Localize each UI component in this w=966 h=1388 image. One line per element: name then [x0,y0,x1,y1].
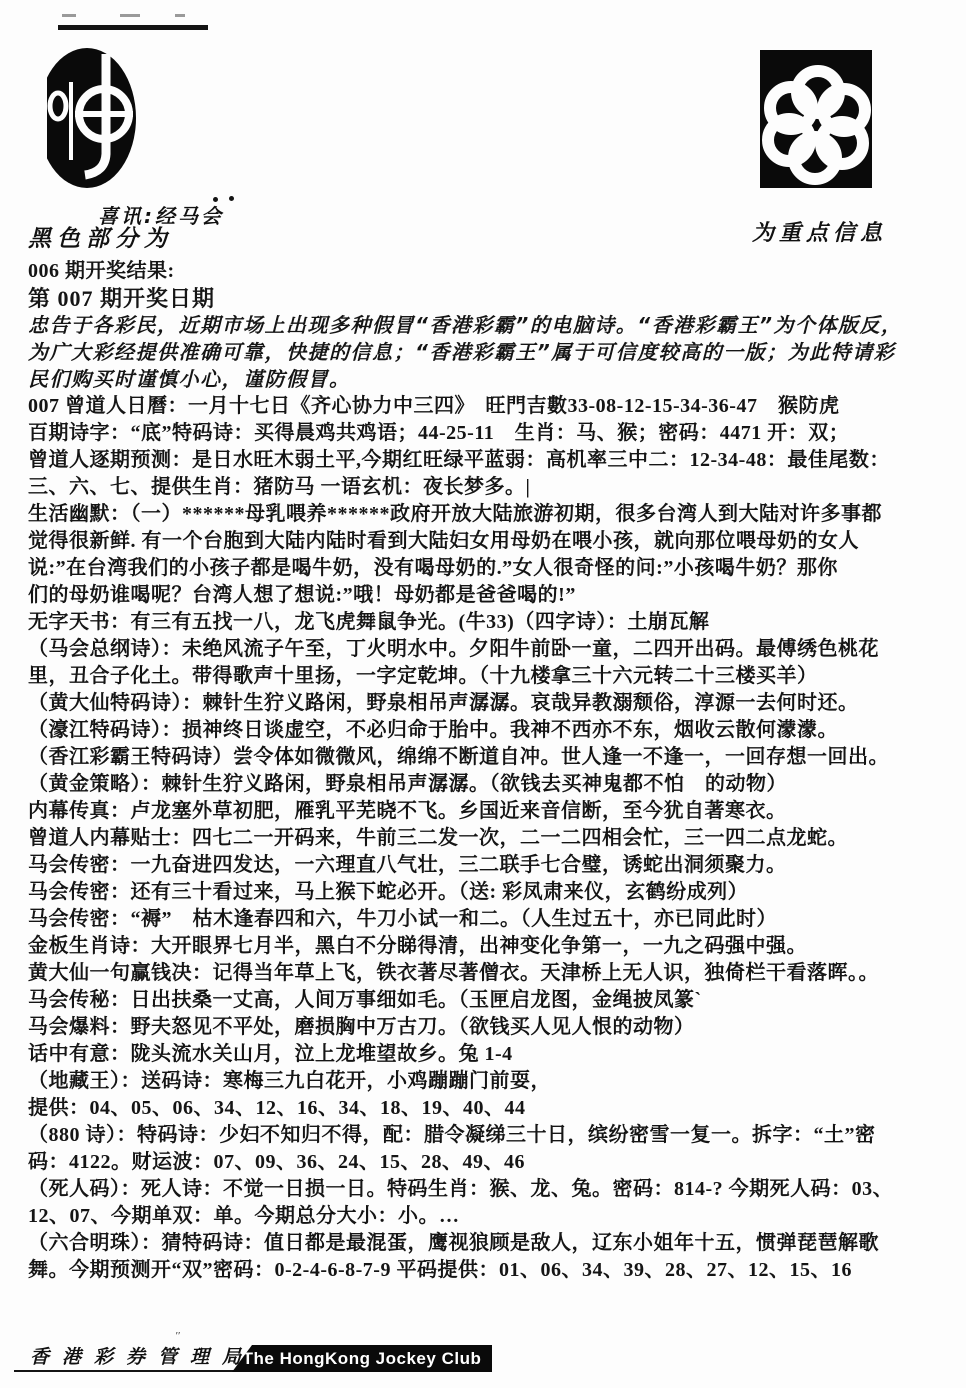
text-line: 007 曾道人日曆：一月十七日《齐心协力中三四》 旺門吉數33-08-12-15… [28,393,948,420]
footer-jockey-club-banner: The HongKong Jockey Club [232,1345,492,1372]
text-line: 006 期开奖结果: [28,258,948,285]
text-line: 舞。今期预测开“双”密码：0-2-4-6-8-7-9 平码提供：01、06、34… [28,1257,948,1284]
text-line: （黄大仙特码诗）：棘针生狞义路闲，野泉相吊声潺潺。哀哉异教溺颓俗，淳源一去何时还… [28,690,948,717]
text-line: 马会传秘：日出扶桑一丈高，人间万事细如毛。（玉匣启龙图，金绳披凤篆` [28,987,948,1014]
text-line: 马会传密：还有三十看过来，马上猴下蛇必开。（送: 彩凤肃来仪，玄鹤纷成列） [28,879,948,906]
text-line: 觉得很新鲜. 有一个台胞到大陆内陆时看到大陆妇女用母奶在喂小孩，就向那位喂母奶的… [28,528,948,555]
footer-underline [14,1370,242,1372]
text-line: 三、六、七、提供生肖：猪防马 一语玄机：夜长梦多。| [28,474,948,501]
text-line: 内幕传真：卢龙塞外草初肥，雁乳平芜晓不飞。乡国近来音信断，至今犹自著寒衣。 [28,798,948,825]
text-line: 码：4122。财运波：07、09、36、24、15、28、49、46 [28,1149,948,1176]
text-line: 忠告于各彩民，近期市场上出现多种假冒“香港彩霸”的电脑诗。“香港彩霸王”为个体版… [28,312,948,339]
six-rings-emblem-icon [760,50,872,188]
text-line: 为广大彩经提供准确可靠，快捷的信息；“香港彩霸王”属于可信度较高的一版；为此特请… [28,339,948,366]
text-line: 提供：04、05、06、34、12、16、34、18、19、40、44 [28,1095,948,1122]
text-line: 马会传密：一九奋进四发达，一六理直八气壮，三二联手七合璧，诱蛇出洞须聚力。 [28,852,948,879]
text-line: 马会爆料：野夫怒见不平处，磨损胸中万古刀。（欲钱买人见人恨的动物） [28,1014,948,1041]
zhong-emblem-icon [47,48,139,190]
scanned-lottery-sheet: 喜讯:经马会 黑色部分为 为重点信息 006 期开奖结果:第 007 期开奖日期… [0,0,966,1388]
footer-agency-name: 香港彩券管理局 [30,1342,254,1369]
text-line: 民们购买时谨慎小心，谨防假冒。 [28,366,948,393]
ink-speck [229,196,234,201]
text-line: 说:”在台湾我们的小孩子都是喝牛奶，没有喝母奶的.”女人很奇怪的问:”小孩喝牛奶… [28,555,948,582]
footer-tiny-mark: ′′ [175,1330,180,1342]
top-underline-mark [58,25,208,30]
text-line: 黄大仙一句赢钱决：记得当年草上飞，铁衣著尽著僧衣。天津桥上无人识，独倚栏干看落晖… [28,960,948,987]
text-line: 们的母奶谁喝呢？台湾人想了想说:”哦！母奶都是爸爸喝的!” [28,582,948,609]
text-line: 曾道人内幕贴士：四七二一开码来，牛前三二发一次，二一二四相会忙，三一四二点龙蛇。 [28,825,948,852]
text-line: （马会总纲诗）：未绝风流子午至，丁火明水中。夕阳牛前卧一童，二四开出码。最傅绣色… [28,636,948,663]
ink-speck [213,197,218,202]
body-lines: 006 期开奖结果:第 007 期开奖日期忠告于各彩民，近期市场上出现多种假冒“… [28,258,948,1284]
text-line: （濠江特码诗）：损神终日谈虚空，不必归命于胎中。我神不西亦不东，烟收云散何濛濛。 [28,717,948,744]
text-line: 曾道人逐期预测：是日水旺木弱土平,今期红旺绿平蓝弱：高机率三中二：12-34-4… [28,447,948,474]
text-line: 百期诗字：“底”特码诗：买得晨鸡共鸡语；44-25-11 生肖：马、猴；密码：4… [28,420,948,447]
text-line: 无字天书：有三有五找一八，龙飞虎舞鼠争光。(牛33)（四字诗）：土崩瓦解 [28,609,948,636]
text-line: 里，丑合子化土。带得歌声十里扬，一字定乾坤。（十九楼拿三十六元转二十三楼买羊） [28,663,948,690]
text-line: 金板生肖诗：大开眼界七月半，黑白不分睇得清，出神变化争第一，一九之码强中强。 [28,933,948,960]
header-note-left-line2: 黑色部分为 [28,220,173,253]
text-line: 话中有意：陇头流水关山月，泣上龙堆望故乡。兔 1-4 [28,1041,948,1068]
text-line: 12、07、今期单双：单。今期总分大小：小。… [28,1203,948,1230]
text-line: （六合明珠）：猜特码诗：值日都是最混蛋，鹰视狼顾是敌人，辽东小姐年十五，惯弹琵琶… [28,1230,948,1257]
top-smudge [62,14,76,17]
text-line: （死人码）：死人诗：不觉一日损一日。特码生肖：猴、龙、兔。密码：814-? 今期… [28,1176,948,1203]
top-smudge [120,14,140,17]
text-line: 生活幽默：（一）******母乳喂养******政府开放大陆旅游初期，很多台湾人… [28,501,948,528]
header-note-right: 为重点信息 [752,216,887,247]
text-line: （880 诗）：特码诗：少妇不知归不得，配：腊令凝绨三十日，缤纷密雪一复一。拆字… [28,1122,948,1149]
text-line: （黄金策略）：棘针生狞义路闲，野泉相吊声潺潺。（欲钱去买神鬼都不怕 的动物） [28,771,948,798]
top-smudge [175,14,185,17]
text-line: （地藏王）：送码诗：寒梅三九白花开，小鸡蹦蹦门前耍， [28,1068,948,1095]
text-line: 第 007 期开奖日期 [28,285,948,312]
text-line: 马会传密：“褥” 枯木逢春四和六，牛刀小试一和二。（人生过五十，亦已同此时） [28,906,948,933]
text-line: （香江彩霸王特码诗）尝令体如微微风，绵绵不断道自冲。世人逢一不逢一，一回存想一回… [28,744,948,771]
